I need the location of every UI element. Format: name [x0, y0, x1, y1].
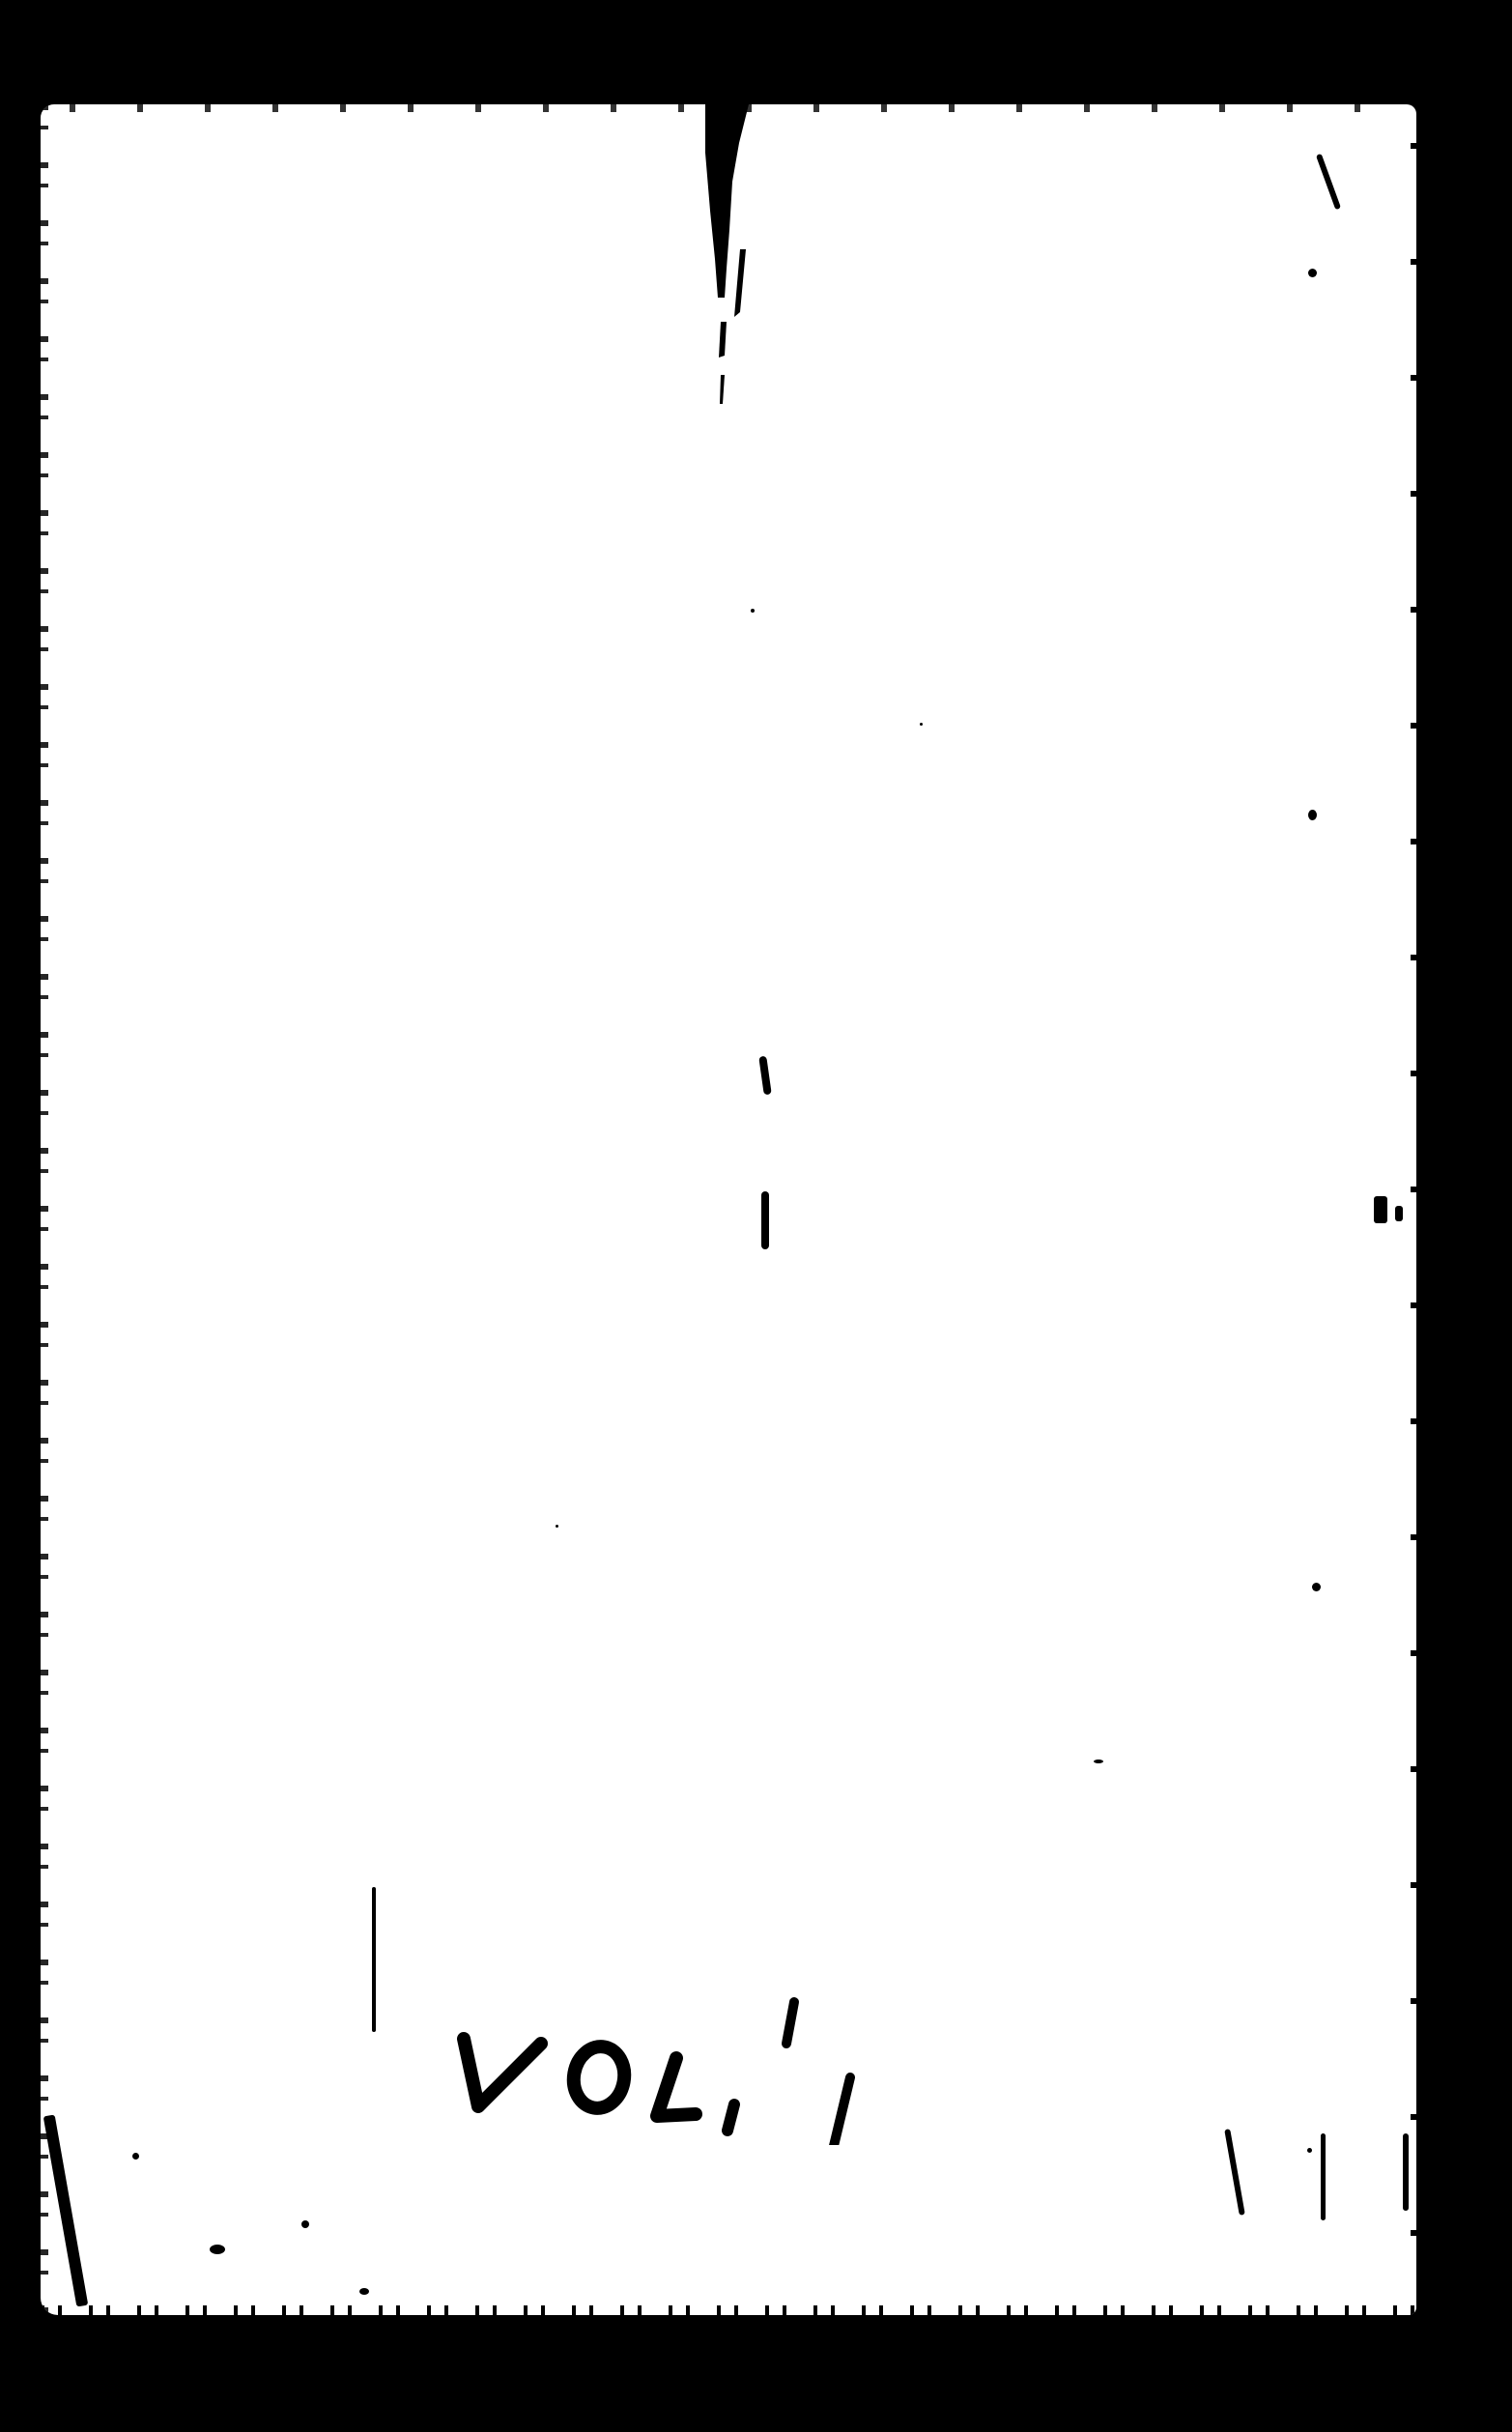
spine-mark: [761, 1191, 769, 1249]
scan-speck: [210, 2245, 225, 2254]
scan-speck: [301, 2220, 309, 2228]
scan-speck: [1308, 269, 1317, 277]
scan-speck: [132, 2153, 139, 2160]
handwriting-ink: [454, 1932, 995, 2145]
scan-speck: [556, 1525, 558, 1528]
scan-speck: [1312, 1583, 1321, 1591]
spine-mark: [758, 1056, 771, 1096]
scan-speck: [359, 2288, 369, 2295]
page-edge-bottom: [41, 2305, 1416, 2315]
scan-smudge: [1395, 1206, 1403, 1221]
scan-speck: [751, 609, 755, 613]
scan-streak: [1403, 2133, 1409, 2211]
scan-streak: [43, 2114, 89, 2306]
scan-streak: [1321, 2133, 1326, 2220]
scan-streak: [372, 1887, 376, 2032]
scan-streak: [1316, 154, 1341, 210]
scan-speck: [1307, 2148, 1312, 2153]
scan-speck: [1094, 1760, 1103, 1763]
scan-speck: [1308, 810, 1317, 820]
page-edge-left: [41, 104, 48, 2315]
handwritten-volume-label: VOL. 1: [454, 1932, 995, 2145]
scan-streak: [1224, 2129, 1245, 2216]
page-tear-notch: [657, 104, 783, 414]
scan-smudge: [1374, 1196, 1387, 1223]
page-edge-right: [1411, 104, 1416, 2315]
scan-speck: [920, 723, 923, 726]
